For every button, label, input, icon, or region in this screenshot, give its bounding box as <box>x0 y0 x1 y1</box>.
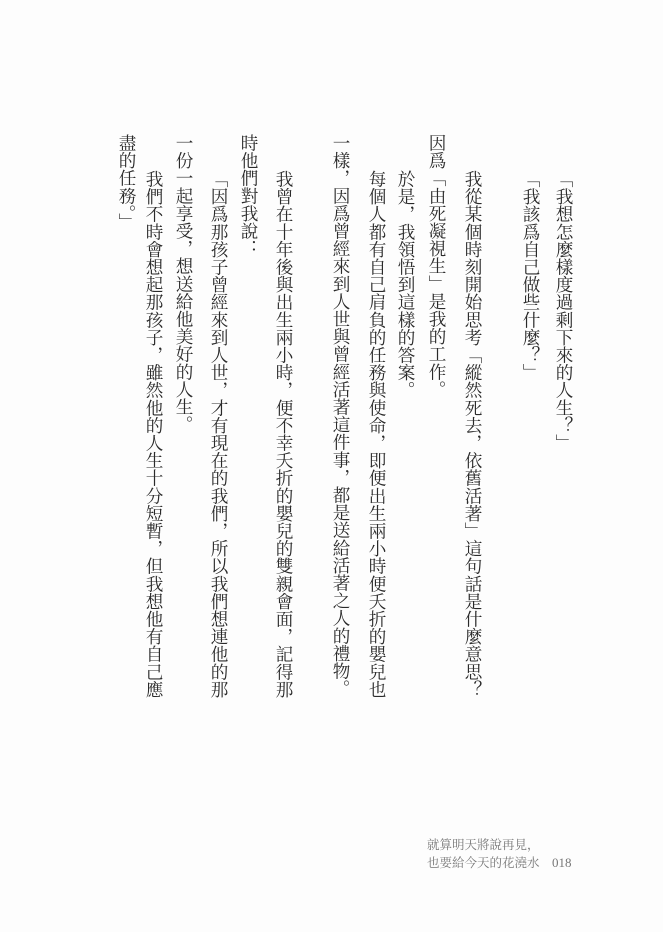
text-column-13: 盡的任務。」 <box>115 134 137 231</box>
page-number: 018 <box>552 854 572 872</box>
text-column-12: 我們不時會想起那孩子，雖然他的人生十分短暫，但我想他有自己應 <box>142 170 164 698</box>
text-column-3: 我從某個時刻開始思考「縱然死去，依舊活著」這句話是什麼意思？ <box>461 170 483 698</box>
text-column-10: 「因爲那孩子曾經來到人世，才有現在的我們，所以我們想連他的那 <box>207 170 229 698</box>
book-page: 「我想怎麼樣度過剩下來的人生？」 「我該爲自己做些什麼？」 我從某個時刻開始思考… <box>0 0 663 932</box>
text-column-2: 「我該爲自己做些什麼？」 <box>519 170 541 381</box>
text-column-7: 一樣，因爲曾經來到人世與曾經活著這件事，都是送給活著之人的禮物。 <box>329 134 351 697</box>
text-column-8: 我曾在十年後與出生兩小時，便不幸夭折的嬰兒的雙親會面，記得那 <box>272 170 294 698</box>
text-column-9: 時他們對我說： <box>237 134 259 257</box>
text-column-1: 「我想怎麼樣度過剩下來的人生？」 <box>552 170 574 452</box>
running-title-line-2: 也要給今天的花澆水 <box>427 854 540 872</box>
running-title: 就算明天將說再見， 也要給今天的花澆水 <box>427 836 540 872</box>
running-title-line-1: 就算明天將說再見， <box>427 836 540 854</box>
text-column-6: 每個人都有自己肩負的任務與使命，即便出生兩小時便夭折的嬰兒也 <box>365 170 387 698</box>
text-column-4: 因爲「由死凝視生」是我的工作。 <box>425 134 447 398</box>
text-column-5: 於是，我領悟到這樣的答案。 <box>394 170 416 399</box>
text-column-11: 一份一起享受，想送給他美好的人生。 <box>172 134 194 433</box>
